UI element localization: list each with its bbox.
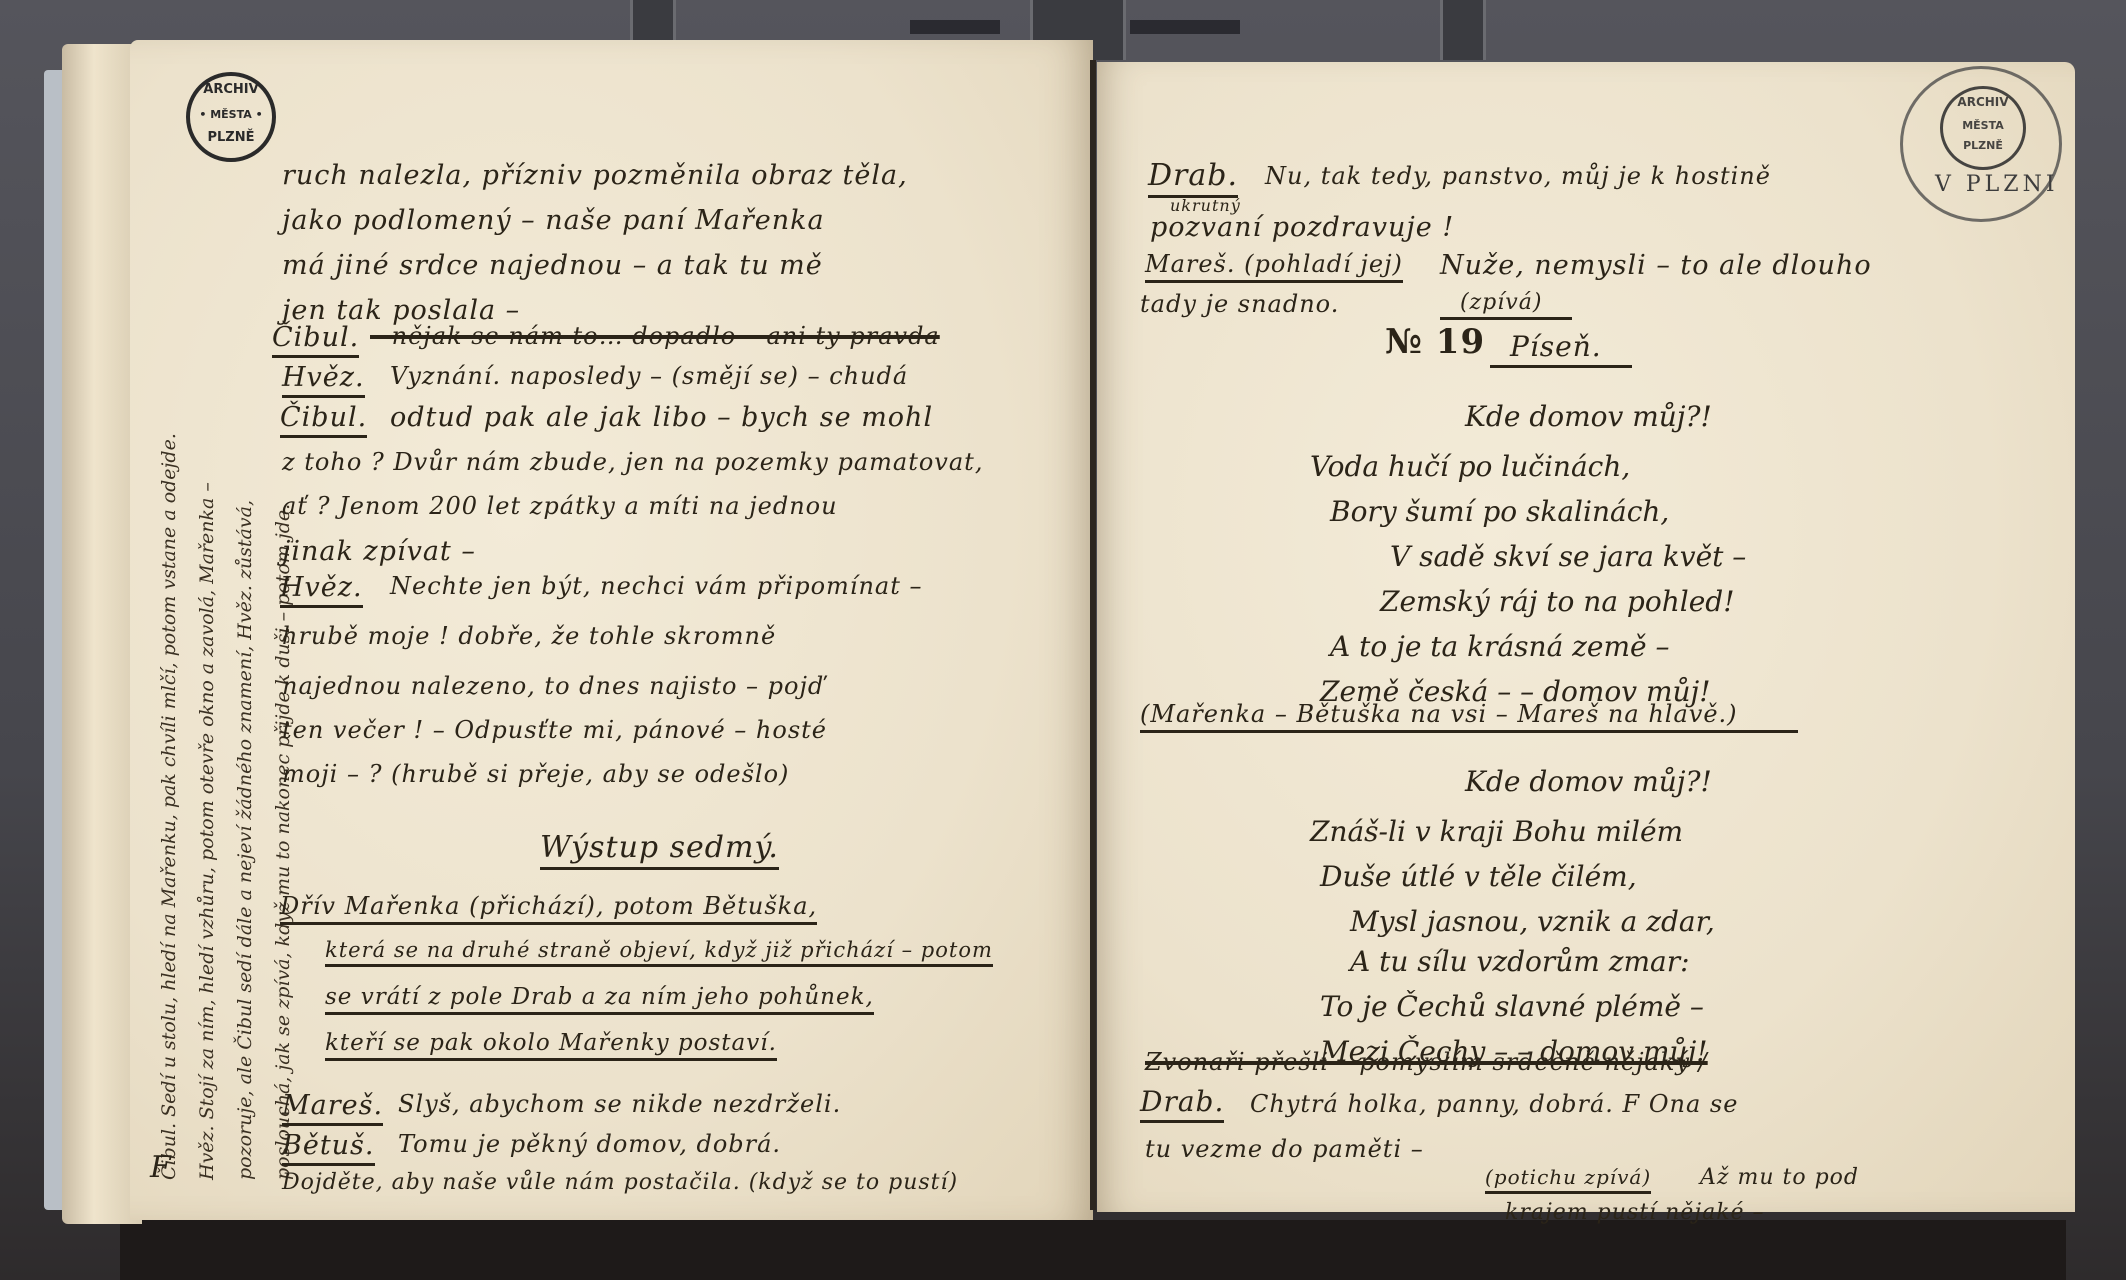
- stage-direction: (potichu zpívá): [1485, 1165, 1651, 1194]
- stage-direction: (zpívá): [1440, 290, 1572, 320]
- verse-line: A to je ta krásná země –: [1330, 630, 1670, 663]
- stage-direction: která se na druhé straně objeví, když ji…: [325, 938, 993, 967]
- book-cradle-post: [1440, 0, 1486, 60]
- verse-line: Znáš-li v kraji Bohu milém: [1310, 815, 1683, 848]
- speaker-hvez: Hvěz.: [282, 362, 365, 398]
- verse-line: Duše útlé v těle čilém,: [1320, 860, 1637, 893]
- dialog-line: Tomu je pěkný domov, dobrá.: [398, 1130, 781, 1158]
- text-line: Až mu to pod: [1700, 1165, 1859, 1190]
- text-line: ten večer ! – Odpusťte mi, pánové – host…: [282, 716, 827, 744]
- text-line: Nu, tak tedy, panstvo, můj je k hostině: [1265, 162, 1771, 190]
- text-line: najednou nalezeno, to dnes najisto – poj…: [282, 672, 824, 700]
- cradle-label: [1130, 20, 1240, 34]
- text-line: jinak zpívat –: [282, 536, 476, 567]
- dialog-line: Dojděte, aby naše vůle nám postačila. (k…: [282, 1170, 958, 1195]
- text-line: Nechte jen být, nechci vám připomínat –: [390, 572, 923, 600]
- stage-direction: kteří se pak okolo Mařenky postaví.: [325, 1030, 777, 1061]
- verse-line: To je Čechů slavné plémě –: [1320, 990, 1704, 1023]
- text-line: moji – ? (hrubě si přeje, aby se odešlo): [282, 760, 789, 788]
- text-line: tu vezme do paměti –: [1145, 1135, 1424, 1163]
- text-line: jako podlomený – naše paní Mařenka: [282, 205, 825, 236]
- archive-stamp-left: ARCHIV • MĚSTA • PLZNĚ: [186, 72, 276, 162]
- verse-line: Bory šumí po skalinách,: [1330, 495, 1669, 528]
- verse-line: V sadě skví se jara květ –: [1390, 540, 1746, 573]
- text-line: pozvaní pozdravuje !: [1150, 212, 1454, 243]
- text-line: krajem pustí nějaké –: [1505, 1200, 1765, 1225]
- dialog-line: Slyš, abychom se nikde nezdrželi.: [398, 1090, 841, 1118]
- margin-note: Čibul. Sedí u stolu, hledí na Mařenku, p…: [150, 433, 302, 1180]
- verse-line: Voda hučí po lučinách,: [1310, 450, 1630, 483]
- verse-line: A tu sílu vzdorům zmar:: [1350, 945, 1690, 978]
- speaker-mares: Mareš. (pohladí jej): [1145, 250, 1403, 283]
- archive-stamp-right: ARCHIV MĚSTA PLZNĚ: [1940, 86, 2026, 170]
- cradle-label: [910, 20, 1000, 34]
- book-shadow: [120, 1220, 2066, 1280]
- margin-initial: F: [150, 1150, 172, 1185]
- speaker-cibul: Čibul.: [280, 402, 367, 438]
- verse-line: Kde domov můj?!: [1465, 765, 1712, 798]
- speaker-cibul: Čibul.: [272, 322, 359, 358]
- song-title: Píseň.: [1490, 330, 1632, 368]
- verse-line: Mysl jasnou, vznik a zdar,: [1350, 905, 1715, 938]
- text-line: hrubě moje ! dobře, že tohle skromně: [282, 622, 776, 650]
- stage-direction: Dřív Mařenka (přichází), potom Bětuška,: [280, 892, 817, 925]
- speaker-betus: Bětuš.: [282, 1130, 375, 1166]
- book-gutter: [1090, 60, 1096, 1210]
- struck-line: Zvonaři přešli – pomyslím srdečně nějaký…: [1145, 1048, 1708, 1076]
- struck-text: – nějak se nám to… dopadlo – ani ty prav…: [370, 322, 940, 350]
- stage-direction: (Mařenka – Bětuška na vsi – Mareš na hla…: [1140, 700, 1798, 733]
- text-line: tady je snadno.: [1140, 290, 1339, 318]
- speaker-drab: Drab.: [1148, 158, 1238, 198]
- song-number: № 19: [1385, 322, 1485, 362]
- text-line: Vyznání. naposledy – (smějí se) – chudá: [390, 362, 908, 390]
- speaker-hvez: Hvěz.: [280, 572, 363, 608]
- verse-line: Zemský ráj to na pohled!: [1380, 585, 1734, 618]
- text-line: má jiné srdce najednou – a tak tu mě: [282, 250, 823, 281]
- verse-line: Kde domov můj?!: [1465, 400, 1712, 433]
- text-line: ruch nalezla, přízniv pozměnila obraz tě…: [282, 160, 908, 191]
- stage-direction: se vrátí z pole Drab a za ním jeho pohůn…: [325, 984, 874, 1015]
- speaker-drab: Drab.: [1140, 1085, 1224, 1123]
- text-line: Nuže, nemysli – to ale dlouho: [1440, 250, 1872, 281]
- text-line: z toho ? Dvůr nám zbude, jen na pozemky …: [282, 448, 983, 476]
- stamp-outer-text: V PLZNI: [1935, 172, 2059, 197]
- scene-title: Wýstup sedmý.: [540, 830, 779, 870]
- text-line: ať ? Jenom 200 let zpátky a míti na jedn…: [282, 492, 838, 520]
- text-line: Chytrá holka, panny, dobrá. F Ona se: [1250, 1090, 1738, 1118]
- speaker-mares: Mareš.: [282, 1090, 383, 1126]
- text-line: odtud pak ale jak libo – bych se mohl: [390, 402, 933, 433]
